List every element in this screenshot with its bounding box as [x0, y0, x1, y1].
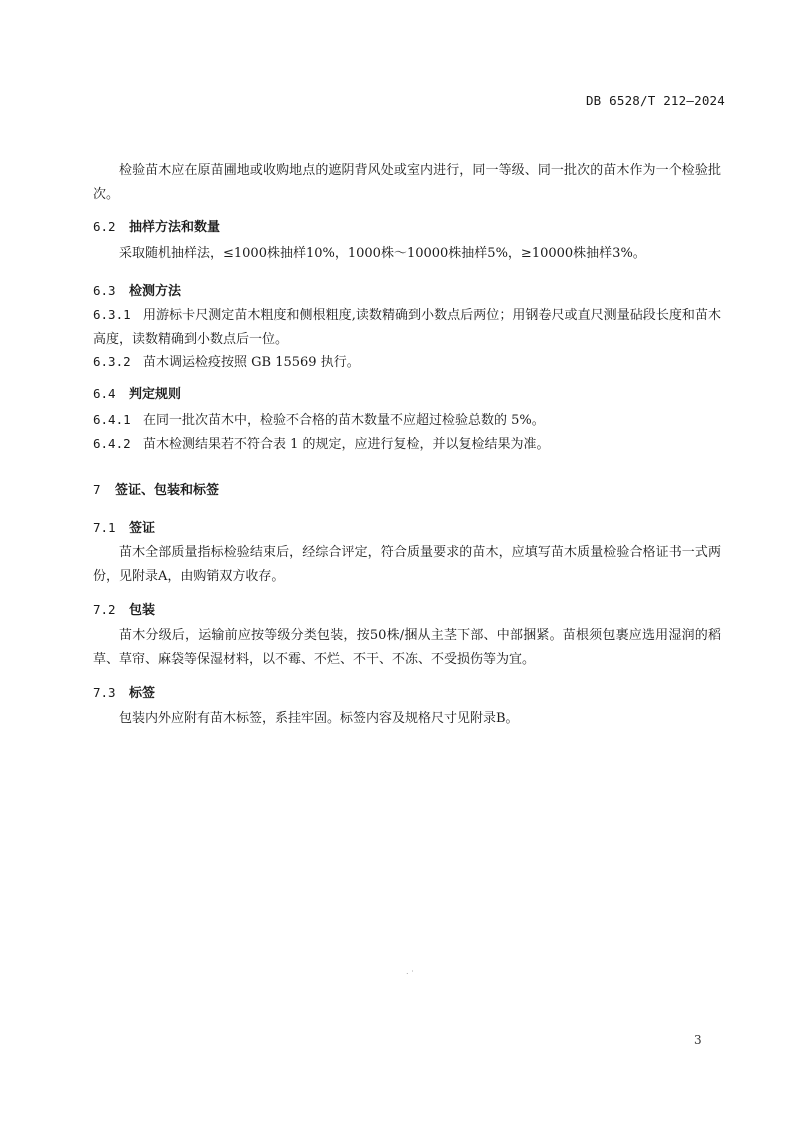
- standard-code: DB 6528/T 212—2024: [586, 93, 725, 108]
- section-number: 7.3: [93, 685, 129, 700]
- intro-paragraph: 检验苗木应在原苗圃地或收购地点的遮阴背风处或室内进行，同一等级、同一批次的苗木作…: [93, 159, 721, 207]
- paragraph-7-3: 包装内外应附有苗木标签，系挂牢固。标签内容及规格尺寸见附录B。: [93, 707, 721, 731]
- clause-number: 6.4.2: [93, 432, 143, 456]
- paragraph-6-2: 采取随机抽样法，≤1000株抽样10%，1000株～10000株抽样5%，≥10…: [93, 242, 721, 266]
- heading-6-4: 6.4判定规则: [93, 383, 181, 402]
- heading-6-3: 6.3检测方法: [93, 280, 181, 299]
- section-number: 6.4: [93, 386, 129, 401]
- section-title: 判定规则: [129, 387, 181, 402]
- heading-7: 7签证、包装和标签: [93, 479, 219, 498]
- section-title: 检测方法: [129, 284, 181, 299]
- paragraph-7-1: 苗木全部质量指标检验结束后，经综合评定，符合质量要求的苗木，应填写苗木质量检验合…: [93, 541, 721, 589]
- clause-number: 6.3.2: [93, 350, 143, 374]
- section-title: 抽样方法和数量: [129, 220, 220, 235]
- heading-7-2: 7.2包装: [93, 599, 155, 618]
- clause-6-3-1: 6.3.1用游标卡尺测定苗木粗度和侧根粗度,读数精确到小数点后两位；用钢卷尺或直…: [93, 303, 721, 352]
- chapter-title: 签证、包装和标签: [115, 483, 219, 498]
- heading-7-1: 7.1签证: [93, 517, 155, 536]
- section-title: 签证: [129, 521, 155, 536]
- section-title: 包装: [129, 603, 155, 618]
- chapter-number: 7: [93, 482, 115, 497]
- page-number: 3: [694, 1033, 702, 1047]
- paragraph-7-2: 苗木分级后，运输前应按等级分类包装，按50株/捆从主茎下部、中部捆紧。苗根须包裹…: [93, 624, 721, 672]
- clause-text: 用游标卡尺测定苗木粗度和侧根粗度,读数精确到小数点后两位；用钢卷尺或直尺测量砧段…: [93, 308, 721, 347]
- clause-text: 在同一批次苗木中，检验不合格的苗木数量不应超过检验总数的 5%。: [143, 413, 545, 428]
- section-number: 7.1: [93, 520, 129, 535]
- clause-6-3-2: 6.3.2苗木调运检疫按照 GB 15569 执行。: [93, 350, 721, 375]
- section-number: 6.2: [93, 219, 129, 234]
- section-number: 7.2: [93, 602, 129, 617]
- clause-text: 苗木检测结果若不符合表 1 的规定，应进行复检，并以复检结果为准。: [143, 437, 550, 452]
- clause-text: 苗木调运检疫按照 GB 15569 执行。: [143, 355, 360, 370]
- clause-6-4-2: 6.4.2苗木检测结果若不符合表 1 的规定，应进行复检，并以复检结果为准。: [93, 432, 721, 457]
- section-number: 6.3: [93, 283, 129, 298]
- clause-6-4-1: 6.4.1在同一批次苗木中，检验不合格的苗木数量不应超过检验总数的 5%。: [93, 408, 721, 433]
- clause-number: 6.4.1: [93, 408, 143, 432]
- section-title: 标签: [129, 686, 155, 701]
- footer-mark: . ·: [406, 967, 414, 976]
- heading-6-2: 6.2抽样方法和数量: [93, 216, 220, 235]
- heading-7-3: 7.3标签: [93, 682, 155, 701]
- clause-number: 6.3.1: [93, 303, 143, 327]
